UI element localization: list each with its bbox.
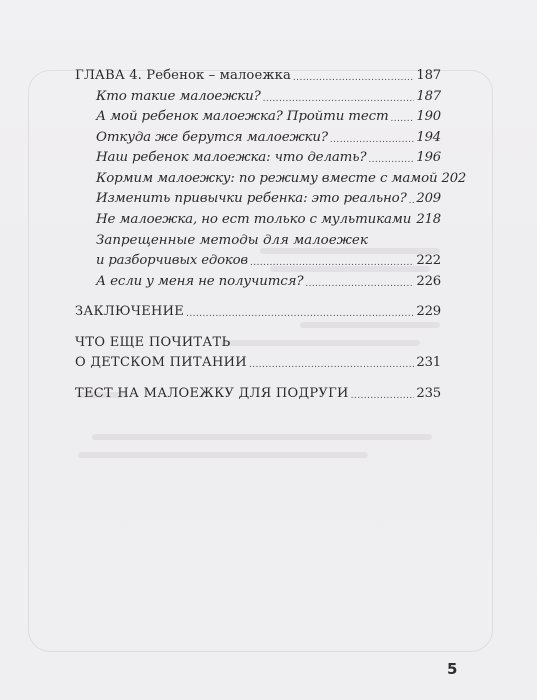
- toc-backmatter-entry[interactable]: ЗАКЛЮЧЕНИЕ 229: [75, 302, 441, 323]
- toc-entry-title-line1: Запрещенные методы для малоежек: [96, 231, 441, 252]
- dot-leader: [413, 211, 414, 225]
- toc-section-entry[interactable]: Не малоежка, но ест только с мультиками …: [75, 210, 441, 231]
- toc-section-entry[interactable]: Запрещенные методы для малоежек и разбор…: [75, 231, 441, 272]
- toc-backmatter-entry[interactable]: ЧТО ЕЩЕ ПОЧИТАТЬ О ДЕТСКОМ ПИТАНИИ 231: [75, 333, 441, 374]
- dot-leader: [368, 149, 414, 163]
- toc-entry-page: 196: [416, 148, 441, 169]
- toc-backmatter-entry[interactable]: ТЕСТ НА МАЛОЕЖКУ ДЛЯ ПОДРУГИ 235: [75, 384, 441, 405]
- toc-entry-page: 194: [416, 128, 441, 149]
- spacer: [75, 292, 441, 302]
- toc-entry-page: 235: [416, 384, 441, 405]
- toc-entry-title: Изменить привычки ребенка: это реально?: [96, 189, 407, 210]
- bleed-through-line: [78, 452, 368, 458]
- toc-section-entry[interactable]: Откуда же берутся малоежки? 194: [75, 128, 441, 149]
- toc-entry-page: 231: [416, 353, 441, 374]
- dot-leader: [391, 108, 415, 122]
- toc-entry-title: Не малоежка, но ест только с мультиками: [96, 210, 411, 231]
- spacer: [75, 323, 441, 333]
- toc-entry-title: ГЛАВА 4. Ребенок – малоежка: [75, 66, 291, 87]
- dot-leader: [305, 273, 414, 287]
- toc-entry-title: Кто такие малоежки?: [96, 87, 261, 108]
- toc-chapter-entry[interactable]: ГЛАВА 4. Ребенок – малоежка 187: [75, 66, 441, 87]
- toc-section-entry[interactable]: Кто такие малоежки? 187: [75, 87, 441, 108]
- toc-entry-title-line1: ЧТО ЕЩЕ ПОЧИТАТЬ: [75, 333, 441, 354]
- toc-entry-title: ЗАКЛЮЧЕНИЕ: [75, 302, 184, 323]
- dot-leader: [263, 88, 415, 102]
- toc-entry-title-line2: и разборчивых едоков: [96, 251, 248, 272]
- dot-leader: [293, 67, 415, 81]
- toc-entry-title: Кормим малоежку: по режиму вместе с мамо…: [96, 169, 438, 190]
- toc-section-entry[interactable]: Изменить привычки ребенка: это реально? …: [75, 189, 441, 210]
- toc-section-entry[interactable]: А если у меня не получится? 226: [75, 272, 441, 293]
- toc-entry-title-line2: О ДЕТСКОМ ПИТАНИИ: [75, 353, 247, 374]
- dot-leader: [250, 252, 414, 266]
- table-of-contents: ГЛАВА 4. Ребенок – малоежка 187 Кто таки…: [75, 66, 441, 404]
- toc-entry-page: 190: [416, 107, 441, 128]
- page-number: 5: [447, 660, 457, 678]
- toc-entry-page: 187: [416, 87, 441, 108]
- spacer: [75, 374, 441, 384]
- toc-entry-title: Наш ребенок малоежка: что делать?: [96, 148, 366, 169]
- dot-leader: [186, 303, 414, 317]
- toc-entry-page: 187: [416, 66, 441, 87]
- toc-entry-page: 229: [416, 302, 441, 323]
- toc-section-entry[interactable]: Кормим малоежку: по режиму вместе с мамо…: [75, 169, 441, 190]
- toc-entry-page: 202: [442, 169, 467, 190]
- book-page: ГЛАВА 4. Ребенок – малоежка 187 Кто таки…: [0, 0, 537, 700]
- toc-entry-title: ТЕСТ НА МАЛОЕЖКУ ДЛЯ ПОДРУГИ: [75, 384, 349, 405]
- toc-entry-page: 209: [416, 189, 441, 210]
- toc-entry-title: Откуда же берутся малоежки?: [96, 128, 328, 149]
- dot-leader: [409, 190, 415, 204]
- toc-section-entry[interactable]: А мой ребенок малоежка? Пройти тест 190: [75, 107, 441, 128]
- dot-leader: [351, 385, 415, 399]
- toc-entry-page: 222: [416, 251, 441, 272]
- bleed-through-line: [92, 434, 432, 440]
- dot-leader: [249, 354, 414, 368]
- toc-entry-page: 226: [416, 272, 441, 293]
- toc-section-entry[interactable]: Наш ребенок малоежка: что делать? 196: [75, 148, 441, 169]
- dot-leader: [330, 129, 415, 143]
- toc-entry-page: 218: [416, 210, 441, 231]
- toc-entry-title: А если у меня не получится?: [96, 272, 303, 293]
- toc-entry-title: А мой ребенок малоежка? Пройти тест: [96, 107, 389, 128]
